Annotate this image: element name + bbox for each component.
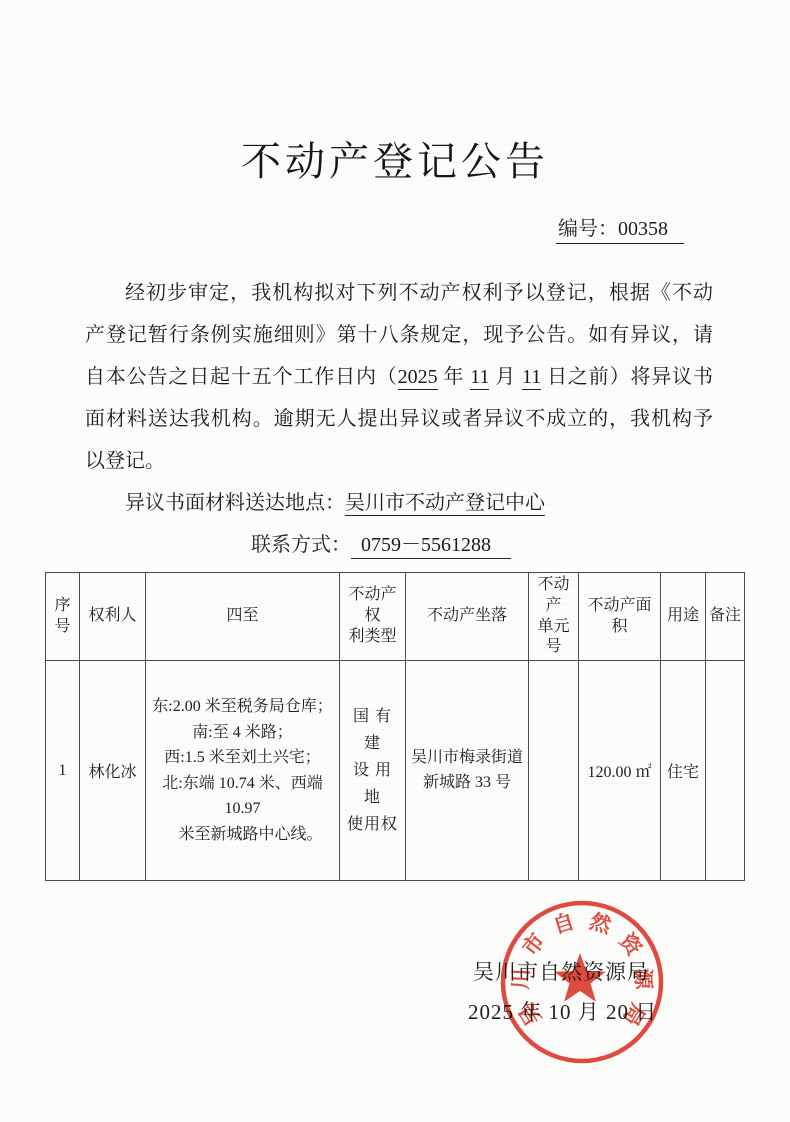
doc-number-label: 编号： xyxy=(558,218,618,240)
cell-right-type: 国 有 建 设 用 地 使用权 xyxy=(340,661,406,881)
page-title: 不动产登记公告 xyxy=(0,130,790,187)
body-text-segment: 日之前）将异议书 xyxy=(541,366,713,388)
cell-remark xyxy=(706,661,745,881)
body-line: 经初步审定，我机构拟对下列不动产权利予以登记，根据《不动 xyxy=(85,272,713,314)
official-seal: 吴川市自然资源局 xyxy=(482,882,682,1082)
seal-star-icon xyxy=(554,953,605,1002)
body-text-segment: 自本公告之日起十五个工作日内（ xyxy=(85,366,398,388)
seal-arc-text-char: 川 xyxy=(508,968,533,990)
doc-number: 编号：00358 xyxy=(556,212,684,241)
contact-phone: 0759－5561288 xyxy=(351,534,511,559)
header-remark: 备注 xyxy=(706,573,745,661)
body-line: 以登记。 xyxy=(85,440,713,482)
body-text-segment: 月 xyxy=(489,366,522,388)
deadline-month: 11 xyxy=(470,366,489,390)
delivery-address-line: 异议书面材料送达地点：吴川市不动产登记中心 xyxy=(85,482,713,524)
cell-bounds: 东:2.00 米至税务局仓库； 南:至 4 米路； 西:1.5 米至刘土兴宅； … xyxy=(146,661,340,881)
header-location: 不动产坐落 xyxy=(406,573,529,661)
contact-label: 联系方式： xyxy=(251,534,351,556)
body-line: 产登记暂行条例实施细则》第十八条规定，现予公告。如有异议，请 xyxy=(85,314,713,356)
header-unit-no: 不动产 单元号 xyxy=(529,573,579,661)
announcement-page: 不动产登记公告 编号：00358 经初步审定，我机构拟对下列不动产权利予以登记，… xyxy=(0,0,790,1122)
header-right-type: 不动产权 利类型 xyxy=(340,573,406,661)
cell-usage: 住宅 xyxy=(661,661,706,881)
seal-arc-text-char: 自 xyxy=(550,909,577,938)
deadline-day: 11 xyxy=(522,366,541,390)
cell-area: 120.00 ㎡ xyxy=(579,661,661,881)
seal-arc-text-char: 市 xyxy=(518,929,550,960)
cell-owner: 林化冰 xyxy=(80,661,146,881)
deadline-year: 2025 xyxy=(398,366,438,390)
table-row: 1 林化冰 东:2.00 米至税务局仓库； 南:至 4 米路； 西:1.5 米至… xyxy=(46,661,745,881)
seal-arc-text-char: 然 xyxy=(587,909,615,938)
table-header-row: 序号 权利人 四至 不动产权 利类型 不动产坐落 不动产 单元号 不动产面积 用… xyxy=(46,573,745,661)
body-line: 面材料送达我机构。逾期无人提出异议或者异议不成立的，我机构予 xyxy=(85,398,713,440)
cell-unit-no xyxy=(529,661,579,881)
cell-location: 吴川市梅录街道 新城路 33 号 xyxy=(406,661,529,881)
announcement-body: 经初步审定，我机构拟对下列不动产权利予以登记，根据《不动 产登记暂行条例实施细则… xyxy=(85,272,713,566)
seal-arc-text-char: 吴 xyxy=(514,999,545,1030)
delivery-address-label: 异议书面材料送达地点： xyxy=(125,492,345,514)
contact-line: 联系方式：0759－5561288 xyxy=(251,524,713,566)
cell-index: 1 xyxy=(46,661,80,881)
registration-table: 序号 权利人 四至 不动产权 利类型 不动产坐落 不动产 单元号 不动产面积 用… xyxy=(45,572,745,881)
header-bounds: 四至 xyxy=(146,573,340,661)
body-line: 自本公告之日起十五个工作日内（2025 年 11 月 11 日之前）将异议书 xyxy=(85,356,713,398)
header-owner: 权利人 xyxy=(80,573,146,661)
doc-number-value: 00358 xyxy=(618,218,668,240)
header-index: 序号 xyxy=(46,573,80,661)
header-usage: 用途 xyxy=(661,573,706,661)
seal-arc-text-char: 局 xyxy=(618,999,649,1030)
body-text-segment: 年 xyxy=(438,366,471,388)
delivery-address-value: 吴川市不动产登记中心 xyxy=(345,492,545,516)
header-area: 不动产面积 xyxy=(579,573,661,661)
seal-arc-text-char: 源 xyxy=(631,968,656,991)
